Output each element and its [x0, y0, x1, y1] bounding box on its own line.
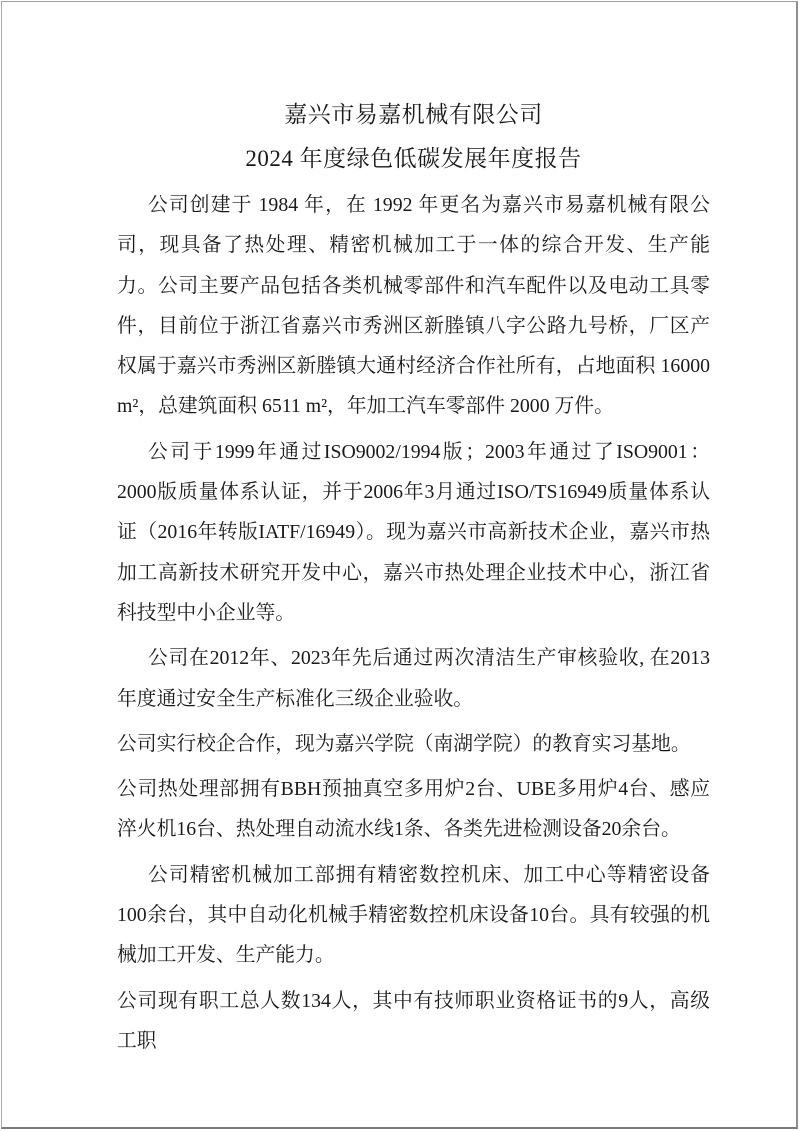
body-paragraph: 公司创建于 1984 年，在 1992 年更名为嘉兴市易嘉机械有限公司，现具备了… — [117, 185, 710, 427]
body-paragraph: 公司精密机械加工部拥有精密数控机床、加工中心等精密设备100余台，其中自动化机械… — [117, 855, 710, 976]
body-paragraph: 公司实行校企合作，现为嘉兴学院（南湖学院）的教育实习基地。 — [117, 724, 710, 764]
document-subtitle: 2024 年度绿色低碳发展年度报告 — [117, 144, 710, 174]
body-paragraph: 公司热处理部拥有BBH预抽真空多用炉2台、UBE多用炉4台、感应淬火机16台、热… — [117, 769, 710, 850]
body-paragraph: 公司于1999年通过ISO9002/1994版；2003年通过了ISO9001：… — [117, 432, 710, 633]
body-paragraph: 公司现有职工总人数134人，其中有技师职业资格证书的9人，高级工职 — [117, 981, 710, 1062]
body-paragraph: 公司在2012年、2023年先后通过两次清洁生产审核验收, 在2013年度通过安… — [117, 638, 710, 719]
document-page: 嘉兴市易嘉机械有限公司 2024 年度绿色低碳发展年度报告 公司创建于 1984… — [0, 0, 800, 1131]
document-body: 公司创建于 1984 年，在 1992 年更名为嘉兴市易嘉机械有限公司，现具备了… — [117, 185, 710, 1061]
document-title: 嘉兴市易嘉机械有限公司 — [117, 100, 710, 130]
document-content: 嘉兴市易嘉机械有限公司 2024 年度绿色低碳发展年度报告 公司创建于 1984… — [117, 0, 710, 1066]
